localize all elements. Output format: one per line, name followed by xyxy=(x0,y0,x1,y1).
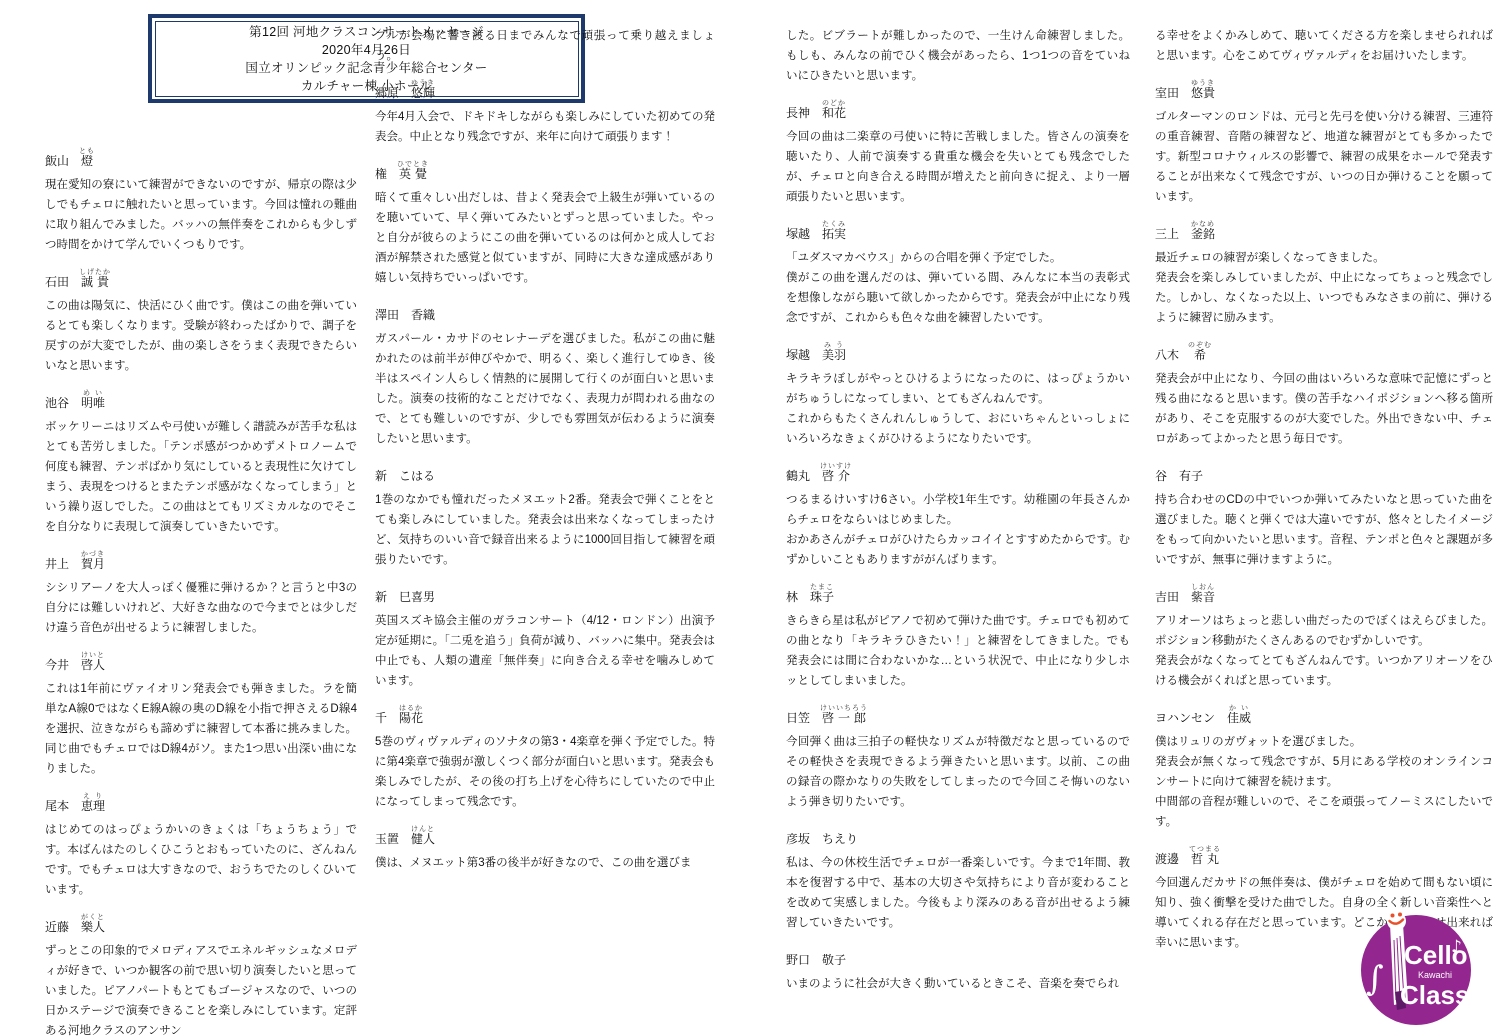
furigana: しおん xyxy=(1191,584,1215,591)
message-entry: 新 巳喜男英国スズキ協会主催のガラコンサート（4/12・ロンドン）出演予定が延期… xyxy=(375,584,715,691)
family-name: 林 xyxy=(786,590,798,604)
family-name: 尾本 xyxy=(45,799,69,813)
student-name: 谷 有子 xyxy=(1155,463,1493,490)
furigana: ひでとき xyxy=(397,161,429,168)
family-name: 新 xyxy=(375,469,387,483)
family-name: 郷原 xyxy=(375,86,399,100)
message-entry: 長神 和花のどか今回の曲は二楽章の弓使いに特に苦戦しました。皆さんの演奏を聴いた… xyxy=(786,100,1130,207)
message-text: 今回の曲は二楽章の弓使いに特に苦戦しました。皆さんの演奏を聴いたり、人前で演奏す… xyxy=(786,127,1130,207)
family-name: 彦坂 xyxy=(786,832,810,846)
message-text: ガスパール・カサドのセレナーデを選びました。私がこの曲に魅かれたのは前半が伸びや… xyxy=(375,329,715,449)
message-text: 僕はリュリのガヴォットを選びました。 発表会が無くなって残念ですが、5月にある学… xyxy=(1155,732,1493,832)
message-entry: 新 こはる1巻のなかでも憧れだったメヌエット2番。発表会で弾くことをとても楽しみ… xyxy=(375,463,715,570)
family-name: ヨハンセン xyxy=(1155,711,1215,725)
family-name: 野口 xyxy=(786,953,810,967)
family-name: 長神 xyxy=(786,106,810,120)
furigana: けいすけ xyxy=(820,463,852,470)
given-name: 啓介けいすけ xyxy=(822,469,852,483)
family-name: 玉置 xyxy=(375,832,399,846)
column-3: した。ビブラートが難しかったので、一生けん命練習しました。もしも、みんなの前でひ… xyxy=(786,26,1130,994)
message-entry: 飯山 燈とも現在愛知の寮にいて練習ができないのですが、帰京の際は少しでもチェロに… xyxy=(45,148,357,255)
family-name: 千 xyxy=(375,711,387,725)
student-name: 鶴丸 啓介けいすけ xyxy=(786,463,1130,490)
message-entry: 井上 賀月かづきシシリアーノを大人っぽく優雅に弾けるか？と言うと中3の自分には難… xyxy=(45,551,357,638)
furigana: かづき xyxy=(81,551,105,558)
student-name: 八木 希のぞむ xyxy=(1155,342,1493,369)
furigana: とも xyxy=(79,148,95,155)
message-text: キラキラぼしがやっとひけるようになったのに、はっぴょうかいがちゅうしになってしま… xyxy=(786,369,1130,449)
message-entry: 室田 悠貴ゆうきゴルターマンのロンドは、元弓と先弓を使い分ける練習、三連符の重音… xyxy=(1155,80,1493,207)
concert-message-page: 第12回 河地クラスコンサートメッセージ 2020年4月26日 国立オリンピック… xyxy=(0,0,1500,1036)
message-text: 現在愛知の寮にいて練習ができないのですが、帰京の際は少しでもチェロに触れたいと思… xyxy=(45,175,357,255)
furigana: めい xyxy=(81,390,105,397)
furigana: てつまる xyxy=(1189,846,1221,853)
student-name: 塚越 美羽みう xyxy=(786,342,1130,369)
message-entry: 谷 有子持ち合わせのCDの中でいつか弾いてみたいなと思っていた曲を選びました。聴… xyxy=(1155,463,1493,570)
message-entry: 野口 敬子いまのように社会が大きく動いているときこそ、音楽を奏でられ xyxy=(786,947,1130,994)
message-text: 発表会が中止になり、今回の曲はいろいろな意味で記憶にずっと残る曲になると思います… xyxy=(1155,369,1493,449)
furigana: ゆうき xyxy=(411,80,435,87)
furigana: しげたか xyxy=(79,269,111,276)
message-text: シシリアーノを大人っぽく優雅に弾けるか？と言うと中3の自分には難しいけれど、大好… xyxy=(45,578,357,638)
given-name: 賀月かづき xyxy=(81,557,105,571)
family-name: 吉田 xyxy=(1155,590,1179,604)
student-name: 権 英覺ひでとき xyxy=(375,161,715,188)
family-name: 澤田 xyxy=(375,308,399,322)
furigana: けんと xyxy=(411,826,435,833)
message-continuation: した。ビブラートが難しかったので、一生けん命練習しました。もしも、みんなの前でひ… xyxy=(786,26,1130,86)
furigana: たくみ xyxy=(822,221,846,228)
message-entry: 郷原 悠輝ゆうき今年4月入会で、ドキドキしながらも楽しみにしていた初めての発表会… xyxy=(375,80,715,147)
message-entry: ヨハンセン 佳威かい僕はリュリのガヴォットを選びました。 発表会が無くなって残念… xyxy=(1155,705,1493,832)
given-name: 紫音しおん xyxy=(1191,590,1215,604)
furigana: のどか xyxy=(822,100,846,107)
message-text: 英国スズキ協会主催のガラコンサート（4/12・ロンドン）出演予定が延期に。「二兎… xyxy=(375,611,715,691)
given-name: 香織 xyxy=(411,308,435,322)
furigana: かなめ xyxy=(1191,221,1215,228)
student-name: 吉田 紫音しおん xyxy=(1155,584,1493,611)
message-text: 持ち合わせのCDの中でいつか弾いてみたいなと思っていた曲を選びました。聴くと弾く… xyxy=(1155,490,1493,570)
family-name: 谷 xyxy=(1155,469,1167,483)
student-name: 日笠 啓一郎けいいちろう xyxy=(786,705,1130,732)
student-name: 尾本 恵理えり xyxy=(45,793,357,820)
given-name: 誠貴しげたか xyxy=(81,275,111,289)
given-name: 悠輝ゆうき xyxy=(411,86,435,100)
family-name: 飯山 xyxy=(45,154,69,168)
family-name: 室田 xyxy=(1155,86,1179,100)
student-name: 新 巳喜男 xyxy=(375,584,715,611)
given-name: 有子 xyxy=(1179,469,1203,483)
furigana: たまこ xyxy=(810,584,834,591)
message-entry: 林 珠子たまこきらきら星は私がピアノで初めて弾けた曲です。チェロでも初めての曲と… xyxy=(786,584,1130,691)
message-entry: 今井 啓人けいとこれは1年前にヴァイオリン発表会でも弾きました。ラを簡単なA線0… xyxy=(45,652,357,779)
message-entry: 吉田 紫音しおんアリオーソはちょっと悲しい曲だったのでぼくはえらびました。ポジシ… xyxy=(1155,584,1493,691)
student-name: 長神 和花のどか xyxy=(786,100,1130,127)
logo-text-kawachi: Kawachi xyxy=(1418,970,1452,980)
message-entry: 彦坂 ちえり私は、今の休校生活でチェロが一番楽しいです。今まで1年間、教本を復習… xyxy=(786,826,1130,933)
message-entry: 日笠 啓一郎けいいちろう今回弾く曲は三拍子の軽快なリズムが特徴だなと思っているの… xyxy=(786,705,1130,812)
column-4: る幸せをよくかみしめて、聴いてくださる方を楽しませられればと思います。心をこめて… xyxy=(1155,26,1493,953)
given-name: 敬子 xyxy=(822,953,846,967)
given-name: 佳威かい xyxy=(1227,711,1251,725)
student-name: 渡邊 哲丸てつまる xyxy=(1155,846,1493,873)
furigana: のぞむ xyxy=(1188,342,1212,349)
student-name: 石田 誠貴しげたか xyxy=(45,269,357,296)
given-name: 燈とも xyxy=(81,154,95,168)
message-text: 暗くて重々しい出だしは、昔よく発表会で上級生が弾いているのを聴いていて、早く弾い… xyxy=(375,188,715,288)
message-text: 1巻のなかでも憧れだったメヌエット2番。発表会で弾くことをとても楽しみにしていま… xyxy=(375,490,715,570)
message-text: 今年4月入会で、ドキドキしながらも楽しみにしていた初めての発表会。中止となり残念… xyxy=(375,107,715,147)
message-entry: 鶴丸 啓介けいすけつるまるけいすけ6さい。小学校1年生です。幼稚園の年長さんから… xyxy=(786,463,1130,570)
message-entry: 千 陽花はるか5巻のヴィヴァルディのソナタの第3・4楽章を弾く予定でした。特に第… xyxy=(375,705,715,812)
family-name: 石田 xyxy=(45,275,69,289)
given-name: 珠子たまこ xyxy=(810,590,834,604)
student-name: 飯山 燈とも xyxy=(45,148,357,175)
furigana: ゆうき xyxy=(1191,80,1215,87)
message-text: この曲は陽気に、快活にひく曲です。僕はこの曲を弾いているとても楽しくなります。受… xyxy=(45,296,357,376)
furigana: けいと xyxy=(81,652,105,659)
message-text: ゴルターマンのロンドは、元弓と先弓を使い分ける練習、三連符の重音練習、音階の練習… xyxy=(1155,107,1493,207)
student-name: 彦坂 ちえり xyxy=(786,826,1130,853)
message-entry: 八木 希のぞむ発表会が中止になり、今回の曲はいろいろな意味で記憶にずっと残る曲に… xyxy=(1155,342,1493,449)
student-name: 林 珠子たまこ xyxy=(786,584,1130,611)
message-entry: 石田 誠貴しげたかこの曲は陽気に、快活にひく曲です。僕はこの曲を弾いているとても… xyxy=(45,269,357,376)
given-name: 和花のどか xyxy=(822,106,846,120)
column-1: 飯山 燈とも現在愛知の寮にいて練習ができないのですが、帰京の際は少しでもチェロに… xyxy=(45,134,357,1036)
message-text: これは1年前にヴァイオリン発表会でも弾きました。ラを簡単なA線0ではなくE線A線… xyxy=(45,679,357,779)
family-name: 渡邊 xyxy=(1155,852,1179,866)
given-name: 啓人けいと xyxy=(81,658,105,672)
message-text: ボッケリーニはリズムや弓使いが難しく譜読みが苦手な私はとても苦労しました。「テン… xyxy=(45,417,357,537)
logo-graphic: ∫ Cello ♪ Kawachi Class xyxy=(1350,900,1478,1028)
logo-text-class: Class xyxy=(1400,980,1469,1010)
given-name: 巳喜男 xyxy=(399,590,435,604)
family-name: 日笠 xyxy=(786,711,810,725)
cello-class-logo: ∫ Cello ♪ Kawachi Class xyxy=(1350,900,1478,1028)
given-name: 恵理えり xyxy=(81,799,105,813)
student-name: ヨハンセン 佳威かい xyxy=(1155,705,1493,732)
message-entry: 三上 釜銘かなめ最近チェロの練習が楽しくなってきました。 発表会を楽しみしていま… xyxy=(1155,221,1493,328)
message-entry: 塚越 拓実たくみ「ユダスマカベウス」からの合唱を弾く予定でした。 僕がこの曲を選… xyxy=(786,221,1130,328)
given-name: こはる xyxy=(399,469,435,483)
given-name: 樂人がくと xyxy=(81,920,105,934)
message-entry: 玉置 健人けんと僕は、メヌエット第3番の後半が好きなので、この曲を選びま xyxy=(375,826,715,873)
f-hole-icon: ∫ xyxy=(1366,959,1384,999)
message-text: きらきら星は私がピアノで初めて弾けた曲です。チェロでも初めての曲となり「キラキラ… xyxy=(786,611,1130,691)
message-text: 「ユダスマカベウス」からの合唱を弾く予定でした。 僕がこの曲を選んだのは、弾いて… xyxy=(786,248,1130,328)
furigana: えり xyxy=(81,793,105,800)
given-name: 希のぞむ xyxy=(1191,348,1212,362)
message-text: ずっとこの印象的でメロディアスでエネルギッシュなメロディが好きで、いつか観客の前… xyxy=(45,941,357,1036)
family-name: 池谷 xyxy=(45,396,69,410)
student-name: 塚越 拓実たくみ xyxy=(786,221,1130,248)
message-text: 今回弾く曲は三拍子の軽快なリズムが特徴だなと思っているのでその軽快さを表現できる… xyxy=(786,732,1130,812)
student-name: 澤田 香織 xyxy=(375,302,715,329)
given-name: 悠貴ゆうき xyxy=(1191,86,1215,100)
family-name: 今井 xyxy=(45,658,69,672)
family-name: 塚越 xyxy=(786,227,810,241)
student-name: 井上 賀月かづき xyxy=(45,551,357,578)
given-name: 健人けんと xyxy=(411,832,435,846)
family-name: 新 xyxy=(375,590,387,604)
message-text: 私は、今の休校生活でチェロが一番楽しいです。今まで1年間、教本を復習する中で、基… xyxy=(786,853,1130,933)
music-note-icon: ♪ xyxy=(1451,937,1462,957)
family-name: 権 xyxy=(375,167,387,181)
student-name: 新 こはる xyxy=(375,463,715,490)
family-name: 塚越 xyxy=(786,348,810,362)
student-name: 郷原 悠輝ゆうき xyxy=(375,80,715,107)
message-entry: 塚越 美羽みうキラキラぼしがやっとひけるようになったのに、はっぴょうかいがちゅう… xyxy=(786,342,1130,449)
message-text: つるまるけいすけ6さい。小学校1年生です。幼稚園の年長さんからチェロをならいはじ… xyxy=(786,490,1130,570)
message-entry: 尾本 恵理えりはじめてのはっぴょうかいのきょくは「ちょうちょう」です。本ばんはた… xyxy=(45,793,357,900)
given-name: 明唯めい xyxy=(81,396,105,410)
family-name: 三上 xyxy=(1155,227,1179,241)
family-name: 八木 xyxy=(1155,348,1179,362)
given-name: 美羽みう xyxy=(822,348,846,362)
message-text: 5巻のヴィヴァルディのソナタの第3・4楽章を弾く予定でした。特に第4楽章で強弱が… xyxy=(375,732,715,812)
column-2: ブルが会場に響き渡る日までみんなで頑張って乗り越えましょう。郷原 悠輝ゆうき今年… xyxy=(375,26,715,873)
given-name: ちえり xyxy=(822,832,858,846)
message-continuation: る幸せをよくかみしめて、聴いてくださる方を楽しませられればと思います。心をこめて… xyxy=(1155,26,1493,66)
message-continuation: ブルが会場に響き渡る日までみんなで頑張って乗り越えましょう。 xyxy=(375,26,715,66)
furigana: はるか xyxy=(399,705,423,712)
furigana: みう xyxy=(822,342,846,349)
message-entry: 澤田 香織ガスパール・カサドのセレナーデを選びました。私がこの曲に魅かれたのは前… xyxy=(375,302,715,449)
furigana: がくと xyxy=(81,914,105,921)
given-name: 拓実たくみ xyxy=(822,227,846,241)
student-name: 三上 釜銘かなめ xyxy=(1155,221,1493,248)
given-name: 哲丸てつまる xyxy=(1191,852,1221,866)
furigana: けいいちろう xyxy=(820,705,868,712)
student-name: 池谷 明唯めい xyxy=(45,390,357,417)
message-entry: 権 英覺ひでとき暗くて重々しい出だしは、昔よく発表会で上級生が弾いているのを聴い… xyxy=(375,161,715,288)
student-name: 室田 悠貴ゆうき xyxy=(1155,80,1493,107)
student-name: 野口 敬子 xyxy=(786,947,1130,974)
given-name: 英覺ひでとき xyxy=(399,167,429,181)
message-text: いまのように社会が大きく動いているときこそ、音楽を奏でられ xyxy=(786,974,1130,994)
message-text: はじめてのはっぴょうかいのきょくは「ちょうちょう」です。本ばんはたのしくひこうと… xyxy=(45,820,357,900)
given-name: 陽花はるか xyxy=(399,711,423,725)
family-name: 鶴丸 xyxy=(786,469,810,483)
message-entry: 近藤 樂人がくとずっとこの印象的でメロディアスでエネルギッシュなメロディが好きで… xyxy=(45,914,357,1036)
student-name: 今井 啓人けいと xyxy=(45,652,357,679)
student-name: 千 陽花はるか xyxy=(375,705,715,732)
message-text: アリオーソはちょっと悲しい曲だったのでぼくはえらびました。ポジション移動がたくさ… xyxy=(1155,611,1493,691)
given-name: 釜銘かなめ xyxy=(1191,227,1215,241)
furigana: かい xyxy=(1227,705,1251,712)
message-text: 最近チェロの練習が楽しくなってきました。 発表会を楽しみしていましたが、中止にな… xyxy=(1155,248,1493,328)
message-text: 僕は、メヌエット第3番の後半が好きなので、この曲を選びま xyxy=(375,853,715,873)
message-entry: 池谷 明唯めいボッケリーニはリズムや弓使いが難しく譜読みが苦手な私はとても苦労し… xyxy=(45,390,357,537)
student-name: 玉置 健人けんと xyxy=(375,826,715,853)
student-name: 近藤 樂人がくと xyxy=(45,914,357,941)
given-name: 啓一郎けいいちろう xyxy=(822,711,868,725)
family-name: 井上 xyxy=(45,557,69,571)
family-name: 近藤 xyxy=(45,920,69,934)
